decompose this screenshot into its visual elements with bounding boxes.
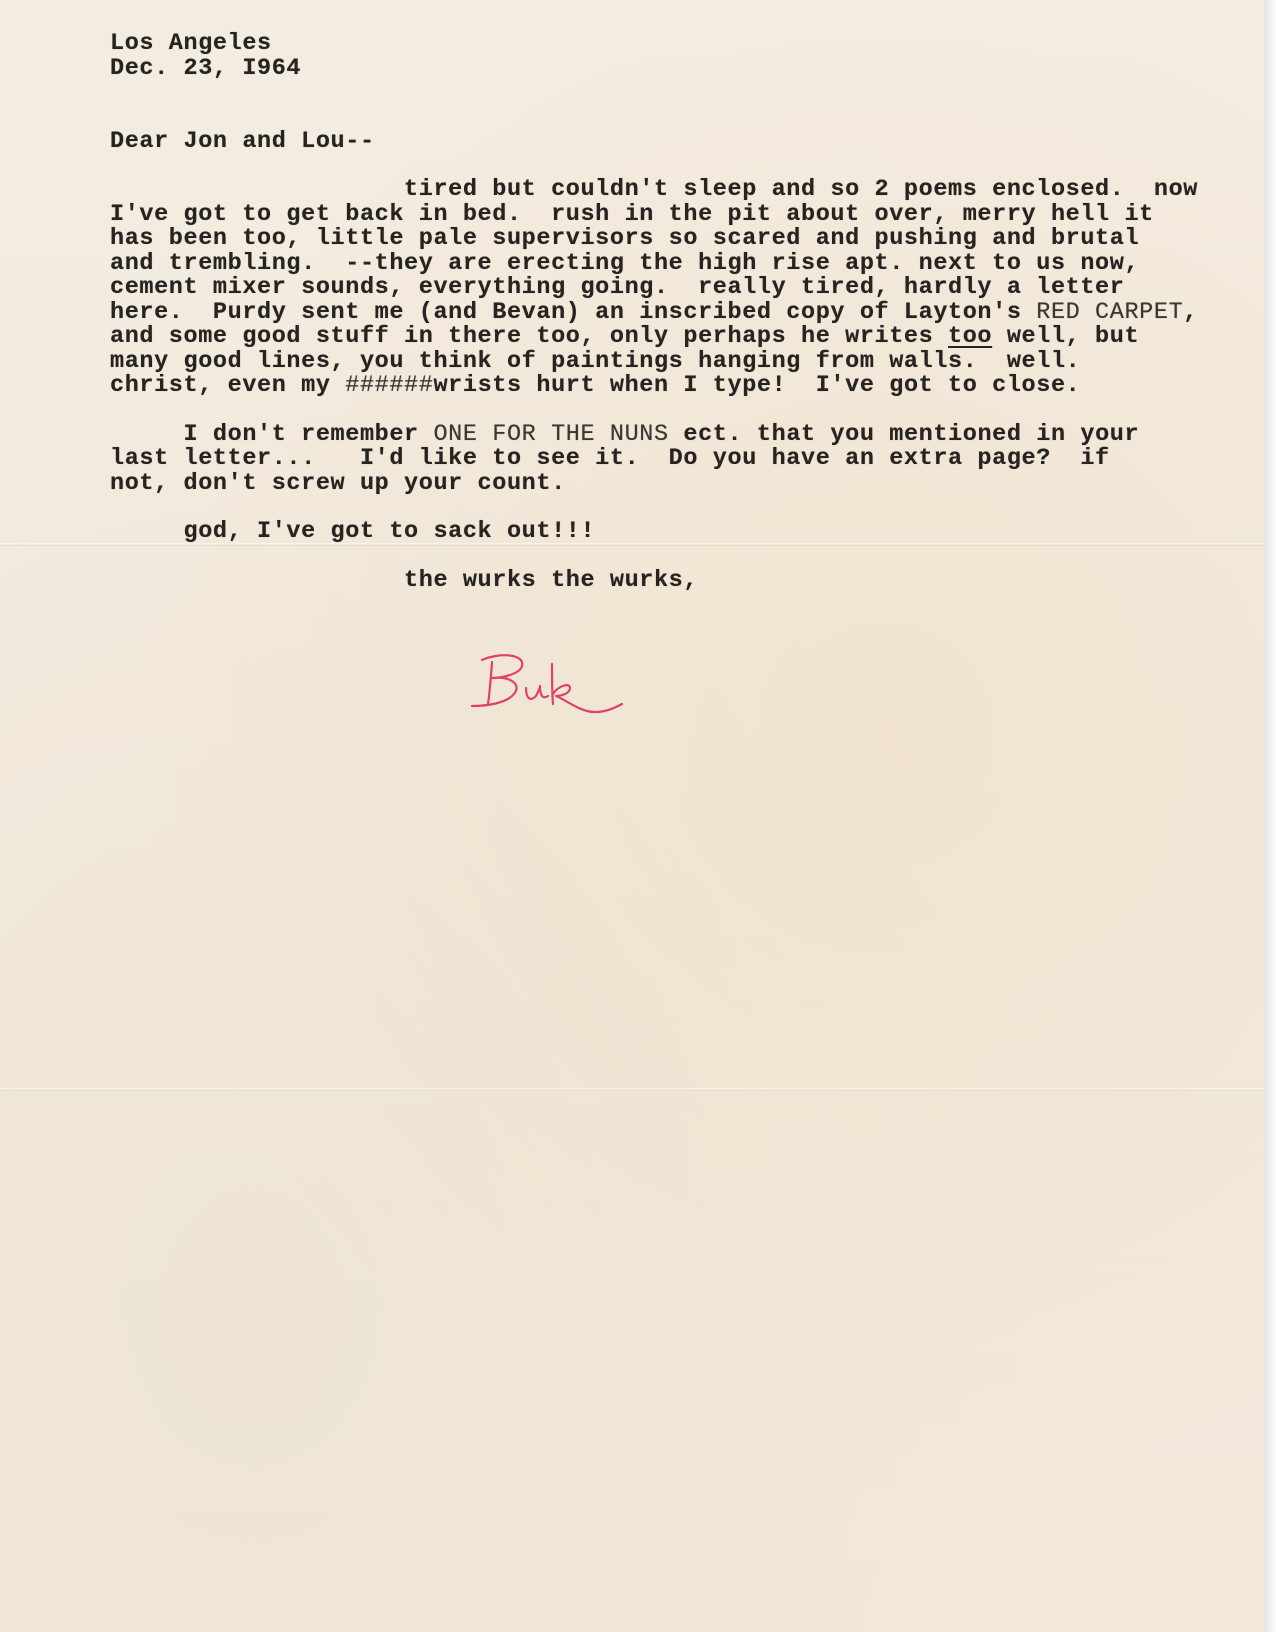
paragraph-line: christ, even my ######wrists hurt when I… bbox=[110, 374, 1080, 399]
paragraph-line: and some good stuff in there too, only p… bbox=[110, 325, 1139, 350]
emphasized-word: too bbox=[948, 323, 992, 350]
paragraph-line: here. Purdy sent me (and Bevan) an inscr… bbox=[110, 301, 1198, 326]
paragraph-line: not, don't screw up your count. bbox=[110, 472, 566, 497]
paragraph-line: and trembling. --they are erecting the h… bbox=[110, 252, 1139, 277]
paragraph-line: has been too, little pale supervisors so… bbox=[110, 227, 1139, 252]
scan-edge bbox=[1264, 0, 1276, 1632]
paragraph-line: I don't remember ONE FOR THE NUNS ect. t… bbox=[110, 423, 1139, 448]
line-text: wrists hurt when I type! I've got to clo… bbox=[433, 372, 1080, 399]
paragraph-line: I've got to get back in bed. rush in the… bbox=[110, 203, 1154, 228]
letter-date: Dec. 23, I964 bbox=[110, 57, 301, 82]
letter-salutation: Dear Jon and Lou-- bbox=[110, 130, 375, 155]
letter-closing: the wurks the wurks, bbox=[110, 569, 698, 594]
line-text: and some good stuff in there too, only p… bbox=[110, 323, 948, 350]
line-text: christ, even my bbox=[110, 372, 345, 399]
line-text: well, but bbox=[992, 323, 1139, 350]
line-text: I don't remember bbox=[110, 421, 433, 448]
paragraph-3: god, I've got to sack out!!! bbox=[110, 520, 595, 545]
line-text: , bbox=[1183, 299, 1198, 326]
paragraph-line: tired but couldn't sleep and so 2 poems … bbox=[110, 178, 1198, 203]
line-text: here. Purdy sent me (and Bevan) an inscr… bbox=[110, 299, 1036, 326]
paragraph-line: cement mixer sounds, everything going. r… bbox=[110, 276, 1124, 301]
signature: Buk bbox=[470, 650, 630, 720]
letter-paper: Los Angeles Dec. 23, I964 Dear Jon and L… bbox=[0, 0, 1265, 1632]
poem-title: ONE FOR THE NUNS bbox=[433, 421, 668, 448]
paper-fold-line bbox=[0, 1088, 1264, 1091]
paragraph-line: many good lines, you think of paintings … bbox=[110, 350, 1080, 375]
book-title: RED CARPET bbox=[1036, 299, 1183, 326]
letter-place: Los Angeles bbox=[110, 32, 272, 57]
paragraph-line: last letter... I'd like to see it. Do yo… bbox=[110, 447, 1110, 472]
struck-out-text: ###### bbox=[345, 372, 433, 399]
line-text: ect. that you mentioned in your bbox=[669, 421, 1139, 448]
